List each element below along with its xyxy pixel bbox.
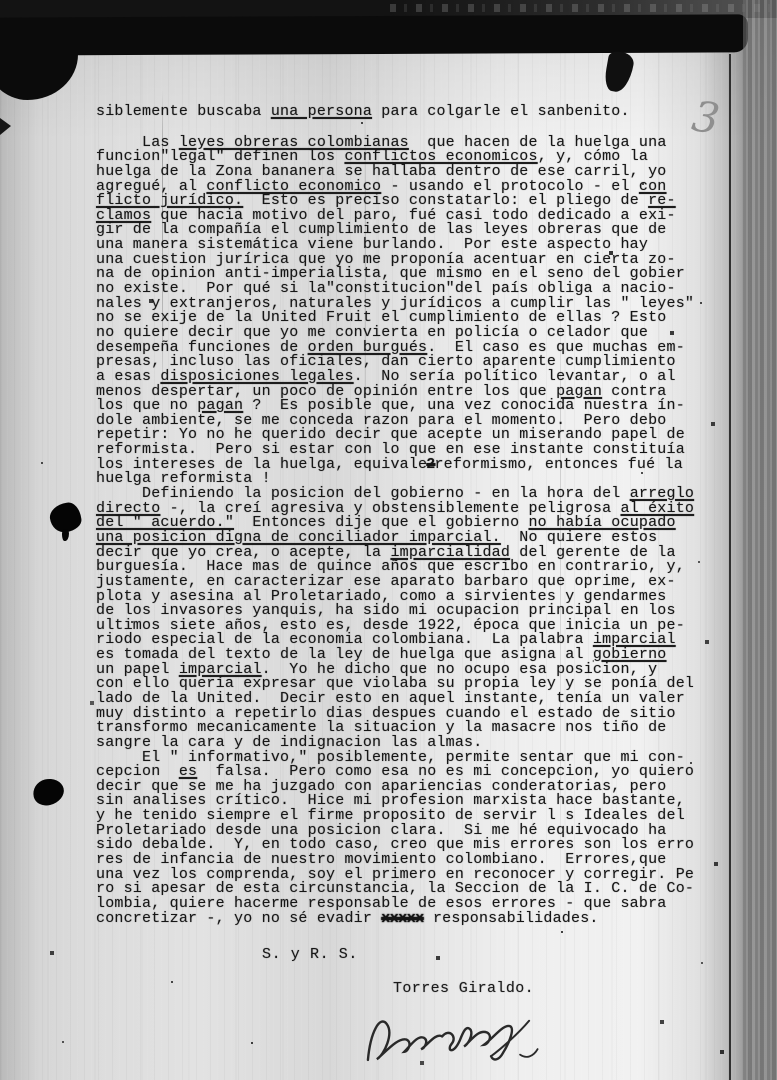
typed-text: siblemente buscaba una persona para colg… [96, 105, 721, 926]
paragraph-1: siblemente buscaba una persona para colg… [96, 105, 721, 120]
underlined-text: una persona [271, 103, 372, 120]
paragraph-2: Las leyes obreras colombianas que hacen … [96, 136, 721, 487]
overstruck-text: xxxxx [381, 910, 424, 927]
typed-signature-name: Torres Giraldo. [393, 980, 534, 997]
scan-edge-right-band [743, 0, 777, 1080]
text-segment: concretizar -, yo no sé evadir [96, 910, 381, 927]
text-segment: responsabilidades. [424, 910, 599, 927]
typed-line: concretizar -, yo no sé evadir xxxxx res… [96, 912, 721, 927]
handwritten-signature [358, 998, 558, 1070]
text-segment: reformismo, entonces fué la [434, 456, 682, 473]
paragraph-4: El " informativo," posiblemente, permite… [96, 751, 721, 927]
scan-artifact-black-band [0, 14, 748, 55]
paper-speckles [0, 0, 2, 2]
text-segment: siblemente buscaba [96, 103, 271, 120]
scan-fold-line [729, 54, 731, 1080]
scan-edge-texture [390, 4, 770, 12]
typed-line: siblemente buscaba una persona para colg… [96, 105, 721, 120]
scan-artifact-left-notch [0, 118, 11, 135]
paragraph-3: Definiendo la posicion del gobierno - en… [96, 487, 721, 751]
closing-salutation: S. y R. S. [262, 946, 358, 963]
text-segment: para colgarle el sanbenito. [372, 103, 630, 120]
